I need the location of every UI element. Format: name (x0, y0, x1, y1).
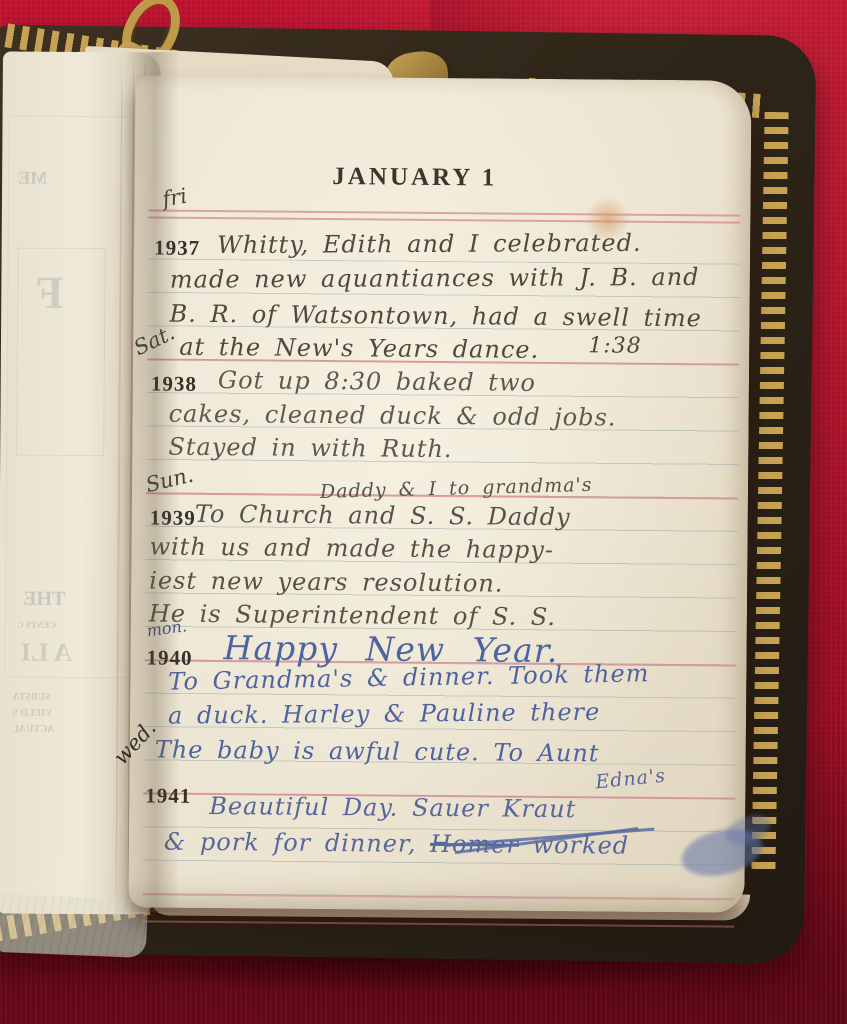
entry-1940-line4: The baby is awful cute. To Aunt (155, 736, 600, 768)
ghost-text: THE (23, 588, 65, 611)
right-page: JANUARY 1 fri 1937 Whitty, Edith and I c… (128, 75, 751, 912)
day-label-1937: fri (161, 184, 189, 212)
ghost-text: VIELD S (12, 708, 52, 719)
entry-1937-line1: Whitty, Edith and I celebrated. (217, 229, 642, 259)
year-1938: 1938 (151, 371, 197, 396)
entry-1939-line2: with us and made the happy- (149, 532, 554, 564)
entry-1937-line3: B. R. of Watsontown, had a swell time (169, 300, 702, 333)
entry-1938-line2: cakes, cleaned duck & odd jobs. (169, 400, 617, 432)
entry-1937-time-note: 1:38 (588, 333, 642, 358)
ghost-text: ACTUAL (12, 724, 54, 735)
entry-1941-line2: & pork for dinner, Homer worked (164, 828, 629, 860)
entry-1941-line1: Beautiful Day. Sauer Kraut (209, 792, 576, 823)
entry-1937-line2: made new aquantiances with J. B. and (170, 263, 700, 294)
ghost-text: ME (18, 168, 47, 189)
year-1937: 1937 (154, 235, 200, 260)
ghost-text: F (35, 266, 63, 319)
page-title: JANUARY 1 (135, 161, 695, 194)
ghost-text: A LI (21, 638, 73, 668)
photo-of-diary: ME F THE CENTS C A LI SUBSTA VIELD S ACT… (0, 0, 847, 1024)
entry-1937-line4: at the New's Years dance. (179, 333, 539, 364)
ghost-text: SUBSTA (12, 692, 50, 703)
year-1941: 1941 (145, 783, 191, 808)
page-stack-bottom-edge (0, 894, 148, 958)
entry-1939-line3: iest new years resolution. (149, 566, 503, 597)
entry-1938-line3: Stayed in with Ruth. (168, 433, 452, 463)
entry-1939-line4: He is Superintendent of S. S. (149, 599, 556, 631)
red-rule (148, 209, 740, 216)
year-1939: 1939 (150, 505, 196, 530)
entry-1939-line1: To Church and S. S. Daddy (195, 500, 571, 531)
entry-1941-line2-pre: & pork for dinner, (164, 828, 430, 858)
entry-1940-line3: a duck. Harley & Pauline there (168, 698, 600, 730)
ghost-text: CENTS C (17, 620, 56, 630)
entry-1938-line1: Got up 8:30 baked two (218, 366, 536, 397)
red-rule (148, 216, 740, 223)
